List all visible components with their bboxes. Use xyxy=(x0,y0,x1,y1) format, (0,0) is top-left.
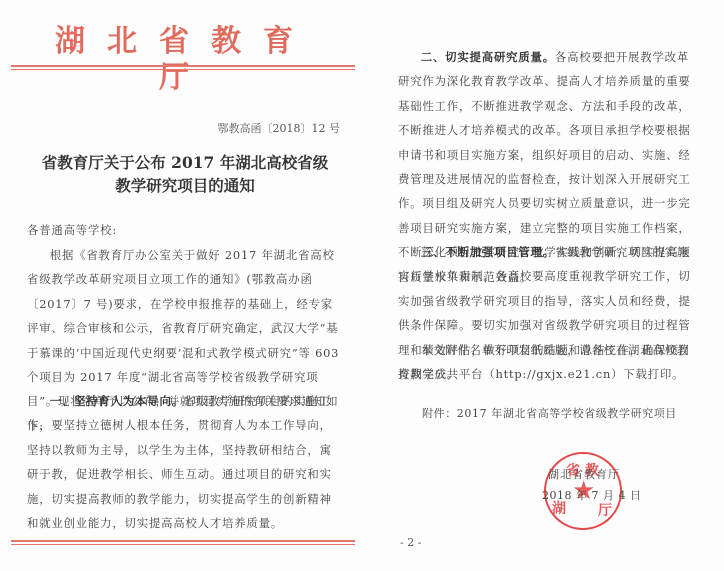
section-3-heading: 三、不断加强项目管理。 xyxy=(421,245,555,259)
red-rule-top xyxy=(11,65,355,70)
left-page: 湖北省教育厅 鄂教高函〔2018〕12 号 省教育厅关于公布 2017 年湖北高… xyxy=(0,0,362,571)
section-1: 一、坚持育人为本导向。省级教学研究项目的实施工作，要坚持立德树人根本任务，贯彻育… xyxy=(27,389,342,535)
masthead: 湖北省教育厅 xyxy=(40,24,330,96)
document-title: 省教育厅关于公布 2017 年湖北高校省级 教学研究项目的通知 xyxy=(30,151,340,197)
seal-text-right: 厅 xyxy=(598,500,612,520)
section-2-heading: 二、切实提高研究质量。 xyxy=(421,50,555,64)
attachment-line: 附件：2017 年湖北省高等学校省级教学研究项目 xyxy=(422,405,677,421)
download-note: 本文附件名单不印发纸质版，请各校在湖北高校教育教学公共平台（http://gxj… xyxy=(398,338,693,387)
salutation: 各普通高等学校: xyxy=(27,218,342,242)
document-number: 鄂教高函〔2018〕12 号 xyxy=(218,120,341,136)
title-line-2: 教学研究项目的通知 xyxy=(30,174,340,197)
issuer-name: 湖北省教育厅 xyxy=(548,466,620,482)
right-page: 二、切实提高研究质量。各高校要把开展教学改革研究作为深化教育教学改革、提高人才培… xyxy=(362,0,724,571)
issue-date: 2018 年 7 月 4 日 xyxy=(542,487,641,503)
section-1-body: 省级教学研究项目的实施工作，要坚持立德树人根本任务，贯彻育人为本工作导向，坚持以… xyxy=(27,394,332,530)
section-1-heading: 一、坚持育人为本导向。 xyxy=(50,394,184,408)
red-rule-bottom xyxy=(11,540,355,545)
page-number: - 2 - xyxy=(400,536,421,549)
title-line-1: 省教育厅关于公布 2017 年湖北高校省级 xyxy=(30,151,340,174)
